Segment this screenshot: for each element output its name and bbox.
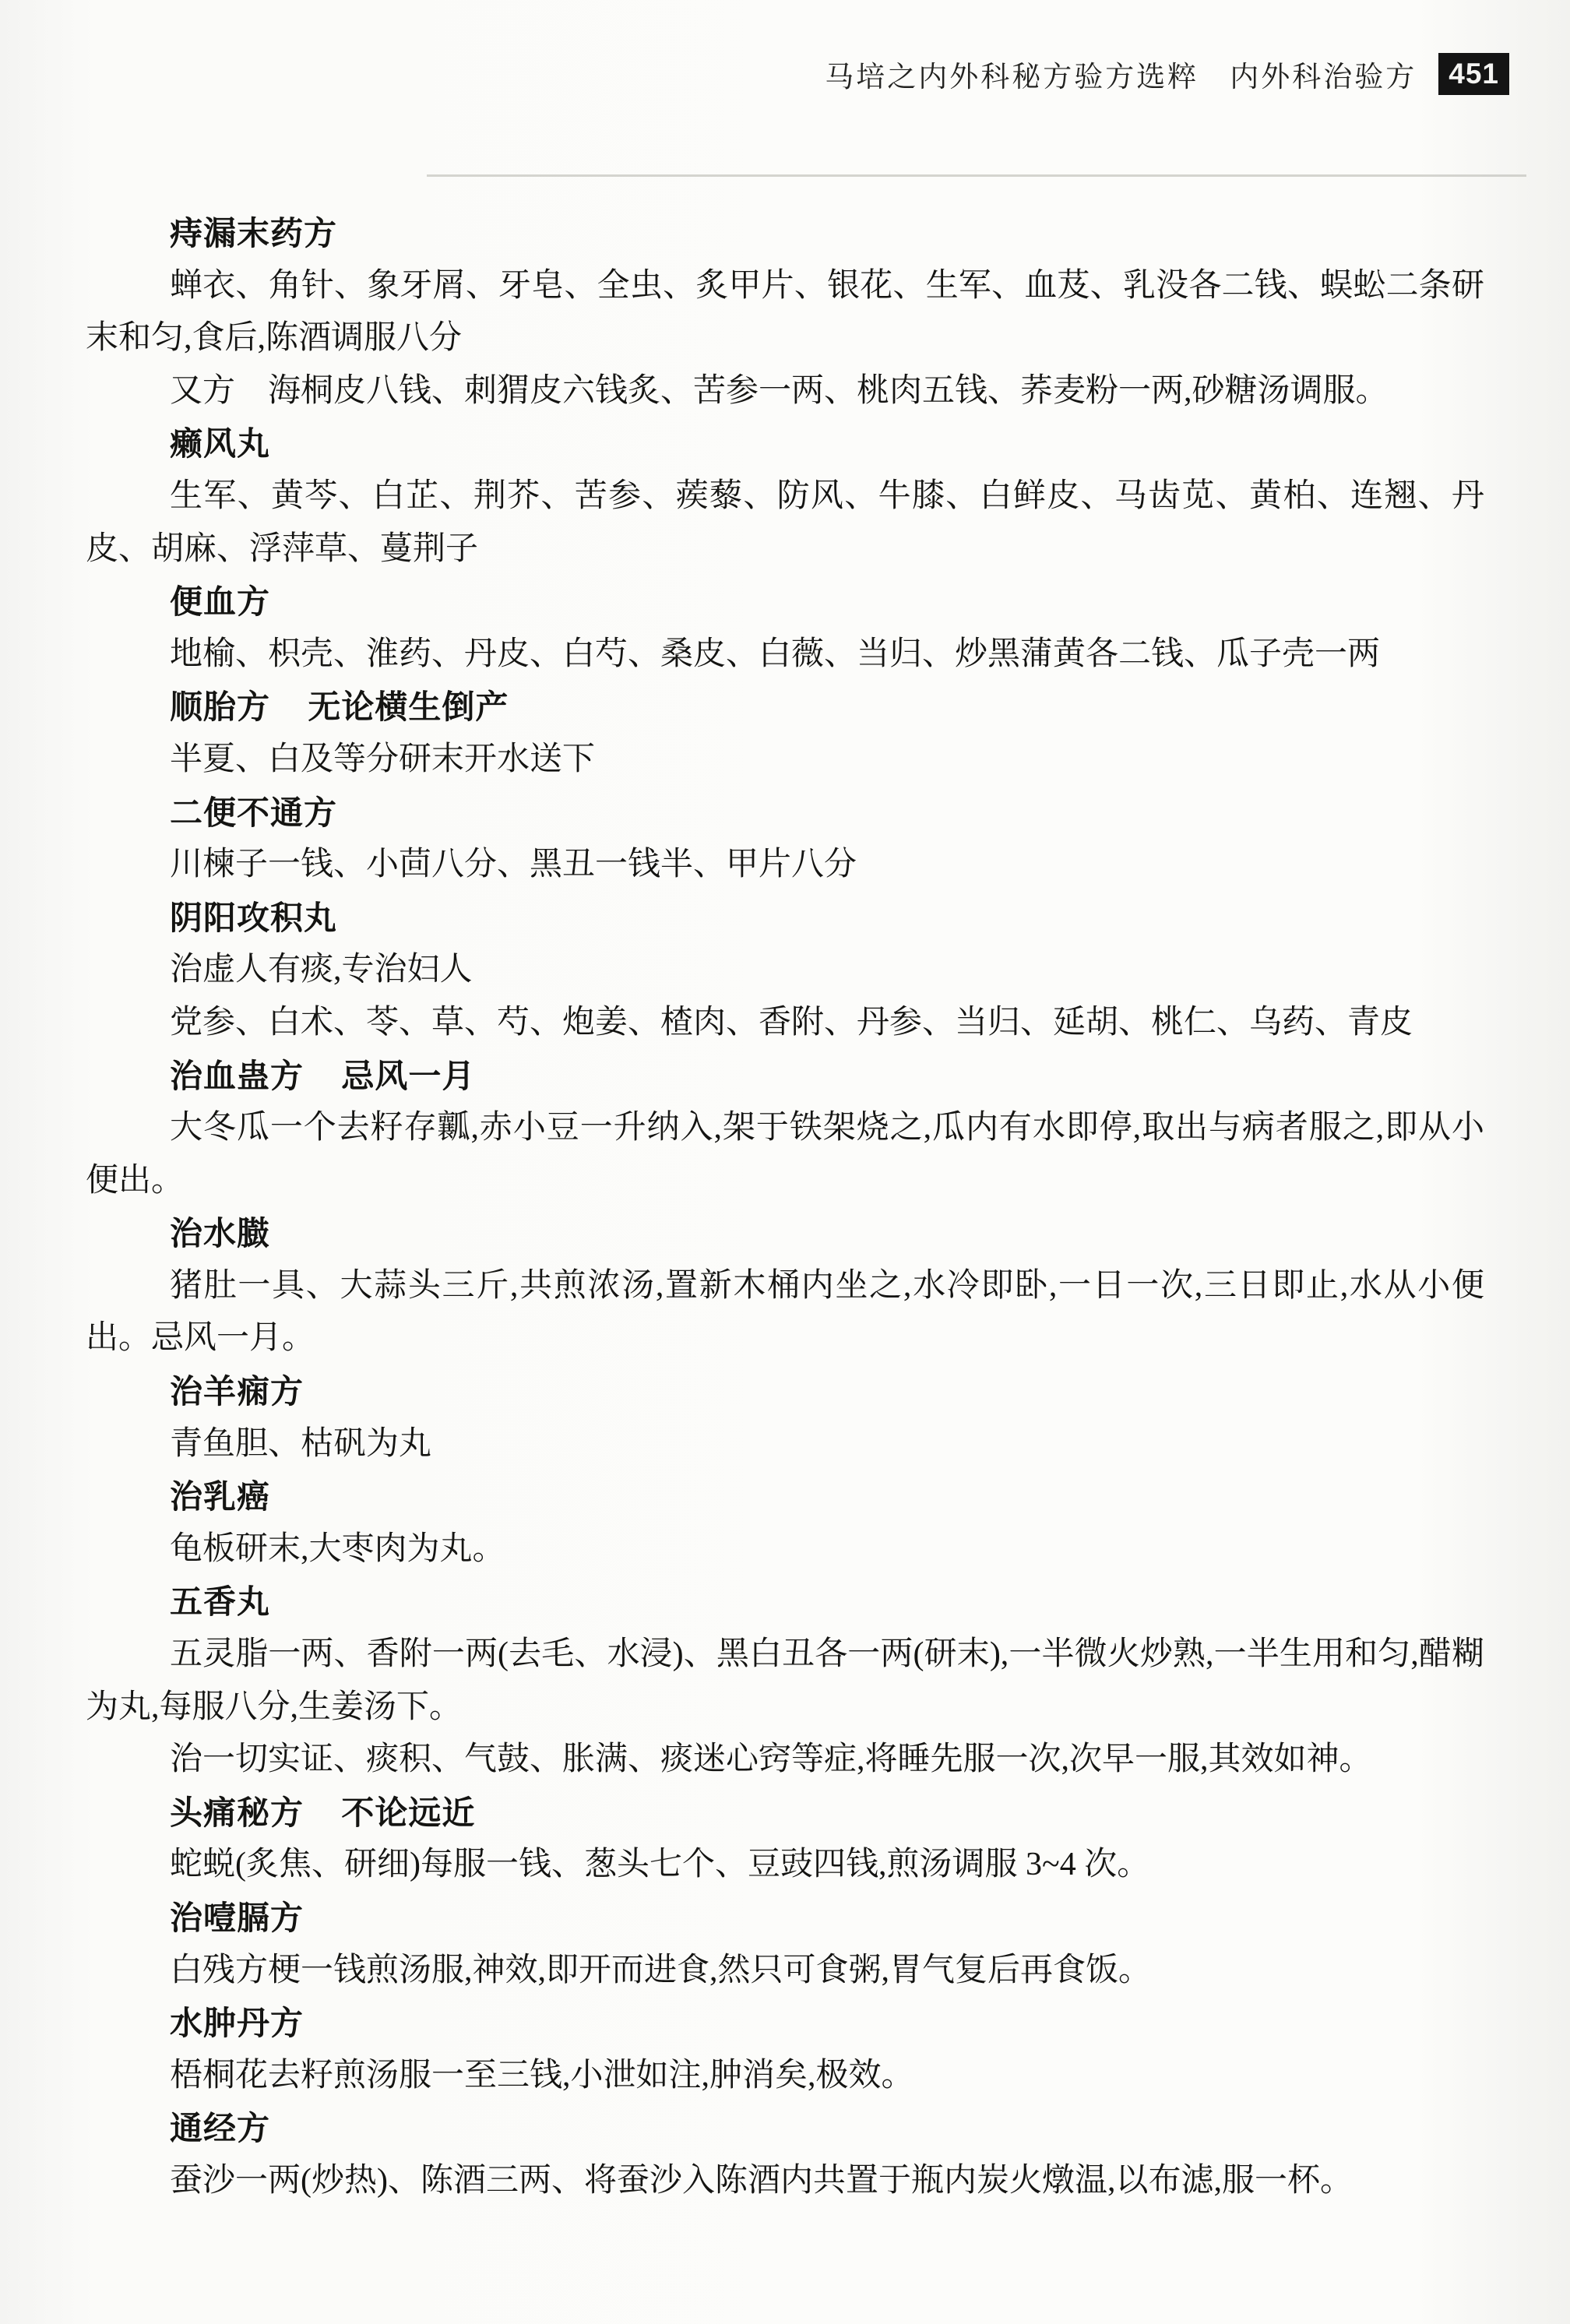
paragraph: 梧桐花去籽煎汤服一至三钱,小泄如注,肿消矣,极效。 — [86, 2050, 1484, 2103]
section-heading: 治水臌 — [86, 1207, 1484, 1260]
page-content: 痔漏末药方蝉衣、角针、象牙屑、牙皂、全虫、炙甲片、银花、生军、血芨、乳没各二钱、… — [86, 207, 1484, 2208]
paragraph: 白残方梗一钱煎汤服,神效,即开而进食,然只可食粥,胃气复后再食饭。 — [86, 1945, 1484, 1998]
heading-text: 治血蛊方 — [170, 1058, 304, 1094]
heading-text: 治乳癌 — [170, 1478, 270, 1515]
section-heading: 通经方 — [86, 2102, 1484, 2155]
paragraph: 生军、黄芩、白芷、荆芥、苦参、蒺藜、防风、牛膝、白鲜皮、马齿苋、黄柏、连翘、丹皮… — [86, 470, 1484, 576]
section-heading: 二便不通方 — [86, 787, 1484, 840]
heading-text: 治羊痫方 — [170, 1373, 304, 1410]
heading-text: 阴阳攻积丸 — [170, 900, 337, 936]
paragraph: 大冬瓜一个去籽存瓤,赤小豆一升纳入,架于铁架烧之,瓜内有水即停,取出与病者服之,… — [86, 1102, 1484, 1207]
heading-text: 顺胎方 — [170, 688, 270, 725]
heading-subtitle: 忌风一月 — [341, 1058, 475, 1094]
paragraph: 蝉衣、角针、象牙屑、牙皂、全虫、炙甲片、银花、生军、血芨、乳没各二钱、蜈蚣二条研… — [86, 260, 1484, 365]
paragraph-text: 龟板研末,大枣肉为丸。 — [170, 1531, 505, 1567]
paragraph: 猪肚一具、大蒜头三斤,共煎浓汤,置新木桶内坐之,水冷即卧,一日一次,三日即止,水… — [86, 1260, 1484, 1365]
paragraph: 又方 海桐皮八钱、刺猬皮六钱炙、苦参一两、桃肉五钱、荞麦粉一两,砂糖汤调服。 — [86, 365, 1484, 418]
paragraph-text: 党参、白术、苓、草、芍、炮姜、楂肉、香附、丹参、当归、延胡、桃仁、乌药、青皮 — [170, 1005, 1413, 1041]
paragraph: 治一切实证、痰积、气鼓、胀满、痰迷心窍等症,将睡先服一次,次早一服,其效如神。 — [86, 1734, 1484, 1787]
paragraph: 蚕沙一两(炒热)、陈酒三两、将蚕沙入陈酒内共置于瓶内炭火燉温,以布滤,服一杯。 — [86, 2155, 1484, 2208]
paragraph-text: 又方 海桐皮八钱、刺猬皮六钱炙、苦参一两、桃肉五钱、荞麦粉一两,砂糖汤调服。 — [170, 373, 1389, 409]
paragraph: 龟板研末,大枣肉为丸。 — [86, 1523, 1484, 1576]
paragraph: 五灵脂一两、香附一两(去毛、水浸)、黑白丑各一两(研末),一半微火炒熟,一半生用… — [86, 1629, 1484, 1734]
paragraph-text: 梧桐花去籽煎汤服一至三钱,小泄如注,肿消矣,极效。 — [170, 2058, 914, 2093]
heading-text: 头痛秘方 — [170, 1794, 304, 1831]
section-heading: 头痛秘方不论远近 — [86, 1787, 1484, 1840]
paragraph: 青鱼胆、枯矾为丸 — [86, 1418, 1484, 1471]
section-heading: 痔漏末药方 — [86, 207, 1484, 260]
heading-text: 痔漏末药方 — [170, 215, 337, 252]
section-heading: 水肿丹方 — [86, 1997, 1484, 2050]
running-head: 马培之内外科秘方验方选粹 内外科治验方 451 — [0, 53, 1509, 95]
paragraph: 蛇蜕(炙焦、研细)每服一钱、葱头七个、豆豉四钱,煎汤调服 3~4 次。 — [86, 1839, 1484, 1892]
heading-text: 便血方 — [170, 583, 270, 620]
paragraph-text: 生军、黄芩、白芷、荆芥、苦参、蒺藜、防风、牛膝、白鲜皮、马齿苋、黄柏、连翘、丹皮… — [86, 478, 1484, 567]
section-heading: 便血方 — [86, 576, 1484, 629]
section-heading: 治羊痫方 — [86, 1365, 1484, 1418]
paragraph-text: 地榆、枳壳、淮药、丹皮、白芍、桑皮、白薇、当归、炒黑蒲黄各二钱、瓜子壳一两 — [170, 636, 1380, 672]
paragraph: 半夏、白及等分研末开水送下 — [86, 734, 1484, 787]
paragraph-text: 五灵脂一两、香附一两(去毛、水浸)、黑白丑各一两(研末),一半微火炒熟,一半生用… — [86, 1636, 1484, 1725]
paragraph-text: 白残方梗一钱煎汤服,神效,即开而进食,然只可食粥,胃气复后再食饭。 — [170, 1953, 1151, 1988]
running-title: 马培之内外科秘方验方选粹 内外科治验方 — [825, 53, 1417, 95]
heading-text: 五香丸 — [170, 1583, 270, 1620]
paragraph: 党参、白术、苓、草、芍、炮姜、楂肉、香附、丹参、当归、延胡、桃仁、乌药、青皮 — [86, 997, 1484, 1050]
paragraph-text: 川楝子一钱、小茴八分、黑丑一钱半、甲片八分 — [170, 847, 857, 882]
scanned-book-page: 马培之内外科秘方验方选粹 内外科治验方 451 痔漏末药方蝉衣、角针、象牙屑、牙… — [0, 0, 1570, 2324]
paragraph: 治虚人有痰,专治妇人 — [86, 944, 1484, 997]
heading-text: 癞风丸 — [170, 425, 270, 462]
header-rule — [427, 174, 1526, 177]
section-heading: 治噎膈方 — [86, 1892, 1484, 1945]
heading-text: 治水臌 — [170, 1215, 270, 1252]
heading-subtitle: 无论横生倒产 — [308, 688, 509, 725]
heading-text: 治噎膈方 — [170, 1900, 304, 1936]
heading-text: 水肿丹方 — [170, 2005, 304, 2041]
section-heading: 治乳癌 — [86, 1470, 1484, 1523]
paragraph-text: 青鱼胆、枯矾为丸 — [170, 1426, 431, 1462]
paragraph: 川楝子一钱、小茴八分、黑丑一钱半、甲片八分 — [86, 839, 1484, 892]
heading-text: 通经方 — [170, 2110, 270, 2146]
paragraph-text: 蛇蜕(炙焦、研细)每服一钱、葱头七个、豆豉四钱,煎汤调服 3~4 次。 — [170, 1847, 1149, 1882]
paragraph-text: 治一切实证、痰积、气鼓、胀满、痰迷心窍等症,将睡先服一次,次早一服,其效如神。 — [170, 1741, 1372, 1777]
paragraph-text: 蝉衣、角针、象牙屑、牙皂、全虫、炙甲片、银花、生军、血芨、乳没各二钱、蜈蚣二条研… — [86, 268, 1484, 357]
section-heading: 癞风丸 — [86, 417, 1484, 470]
paragraph-text: 治虚人有痰,专治妇人 — [170, 952, 473, 988]
section-heading: 阴阳攻积丸 — [86, 892, 1484, 945]
section-heading: 顺胎方无论横生倒产 — [86, 681, 1484, 734]
page-number-badge: 451 — [1438, 53, 1509, 95]
section-heading: 治血蛊方忌风一月 — [86, 1050, 1484, 1103]
heading-text: 二便不通方 — [170, 794, 337, 831]
paragraph-text: 大冬瓜一个去籽存瓤,赤小豆一升纳入,架于铁架烧之,瓜内有水即停,取出与病者服之,… — [86, 1110, 1484, 1199]
section-heading: 五香丸 — [86, 1576, 1484, 1629]
paragraph-text: 猪肚一具、大蒜头三斤,共煎浓汤,置新木桶内坐之,水冷即卧,一日一次,三日即止,水… — [86, 1268, 1484, 1357]
paragraph-text: 蚕沙一两(炒热)、陈酒三两、将蚕沙入陈酒内共置于瓶内炭火燉温,以布滤,服一杯。 — [170, 2163, 1353, 2199]
paragraph-text: 半夏、白及等分研末开水送下 — [170, 741, 595, 777]
heading-subtitle: 不论远近 — [341, 1794, 475, 1831]
paragraph: 地榆、枳壳、淮药、丹皮、白芍、桑皮、白薇、当归、炒黑蒲黄各二钱、瓜子壳一两 — [86, 629, 1484, 681]
